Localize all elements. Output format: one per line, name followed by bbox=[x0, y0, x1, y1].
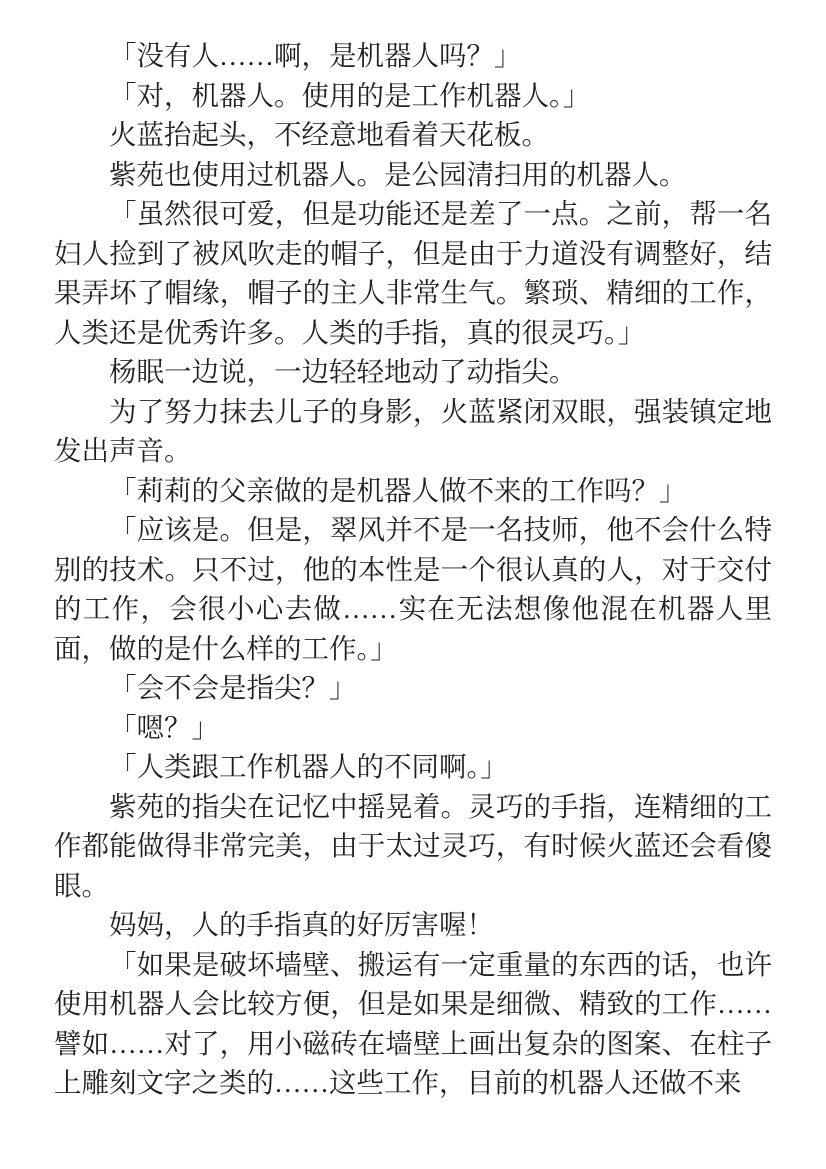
paragraph: 「嗯？」 bbox=[54, 708, 772, 748]
paragraph: 「应该是。但是，翠风并不是一名技师，他不会什么特别的技术。只不过，他的本性是一个… bbox=[54, 510, 772, 668]
paragraph: 为了努力抹去儿子的身影，火蓝紧闭双眼，强装镇定地发出声音。 bbox=[54, 392, 772, 471]
paragraph: 紫苑的指尖在记忆中摇晃着。灵巧的手指，连精细的工作都能做得非常完美，由于太过灵巧… bbox=[54, 787, 772, 906]
paragraph: 「莉莉的父亲做的是机器人做不来的工作吗？」 bbox=[54, 471, 772, 511]
novel-text-body: 「没有人……啊，是机器人吗？」「对，机器人。使用的是工作机器人。」火蓝抬起头，不… bbox=[54, 36, 772, 1103]
paragraph: 「如果是破坏墙壁、搬运有一定重量的东西的话，也许使用机器人会比较方便，但是如果是… bbox=[54, 945, 772, 1103]
book-page-body: { "page": { "background_color": "#ffffff… bbox=[0, 0, 826, 1169]
page: 「没有人……啊，是机器人吗？」「对，机器人。使用的是工作机器人。」火蓝抬起头，不… bbox=[0, 0, 826, 1169]
paragraph: 火蓝抬起头，不经意地看着天花板。 bbox=[54, 115, 772, 155]
paragraph: 「会不会是指尖？」 bbox=[54, 668, 772, 708]
paragraph: 杨眠一边说，一边轻轻地动了动指尖。 bbox=[54, 352, 772, 392]
paragraph: 妈妈，人的手指真的好厉害喔！ bbox=[54, 905, 772, 945]
paragraph: 「没有人……啊，是机器人吗？」 bbox=[54, 36, 772, 76]
paragraph: 「对，机器人。使用的是工作机器人。」 bbox=[54, 76, 772, 116]
paragraph: 「人类跟工作机器人的不同啊。」 bbox=[54, 747, 772, 787]
paragraph: 紫苑也使用过机器人。是公园清扫用的机器人。 bbox=[54, 155, 772, 195]
paragraph: 「虽然很可爱，但是功能还是差了一点。之前，帮一名妇人捡到了被风吹走的帽子，但是由… bbox=[54, 194, 772, 352]
